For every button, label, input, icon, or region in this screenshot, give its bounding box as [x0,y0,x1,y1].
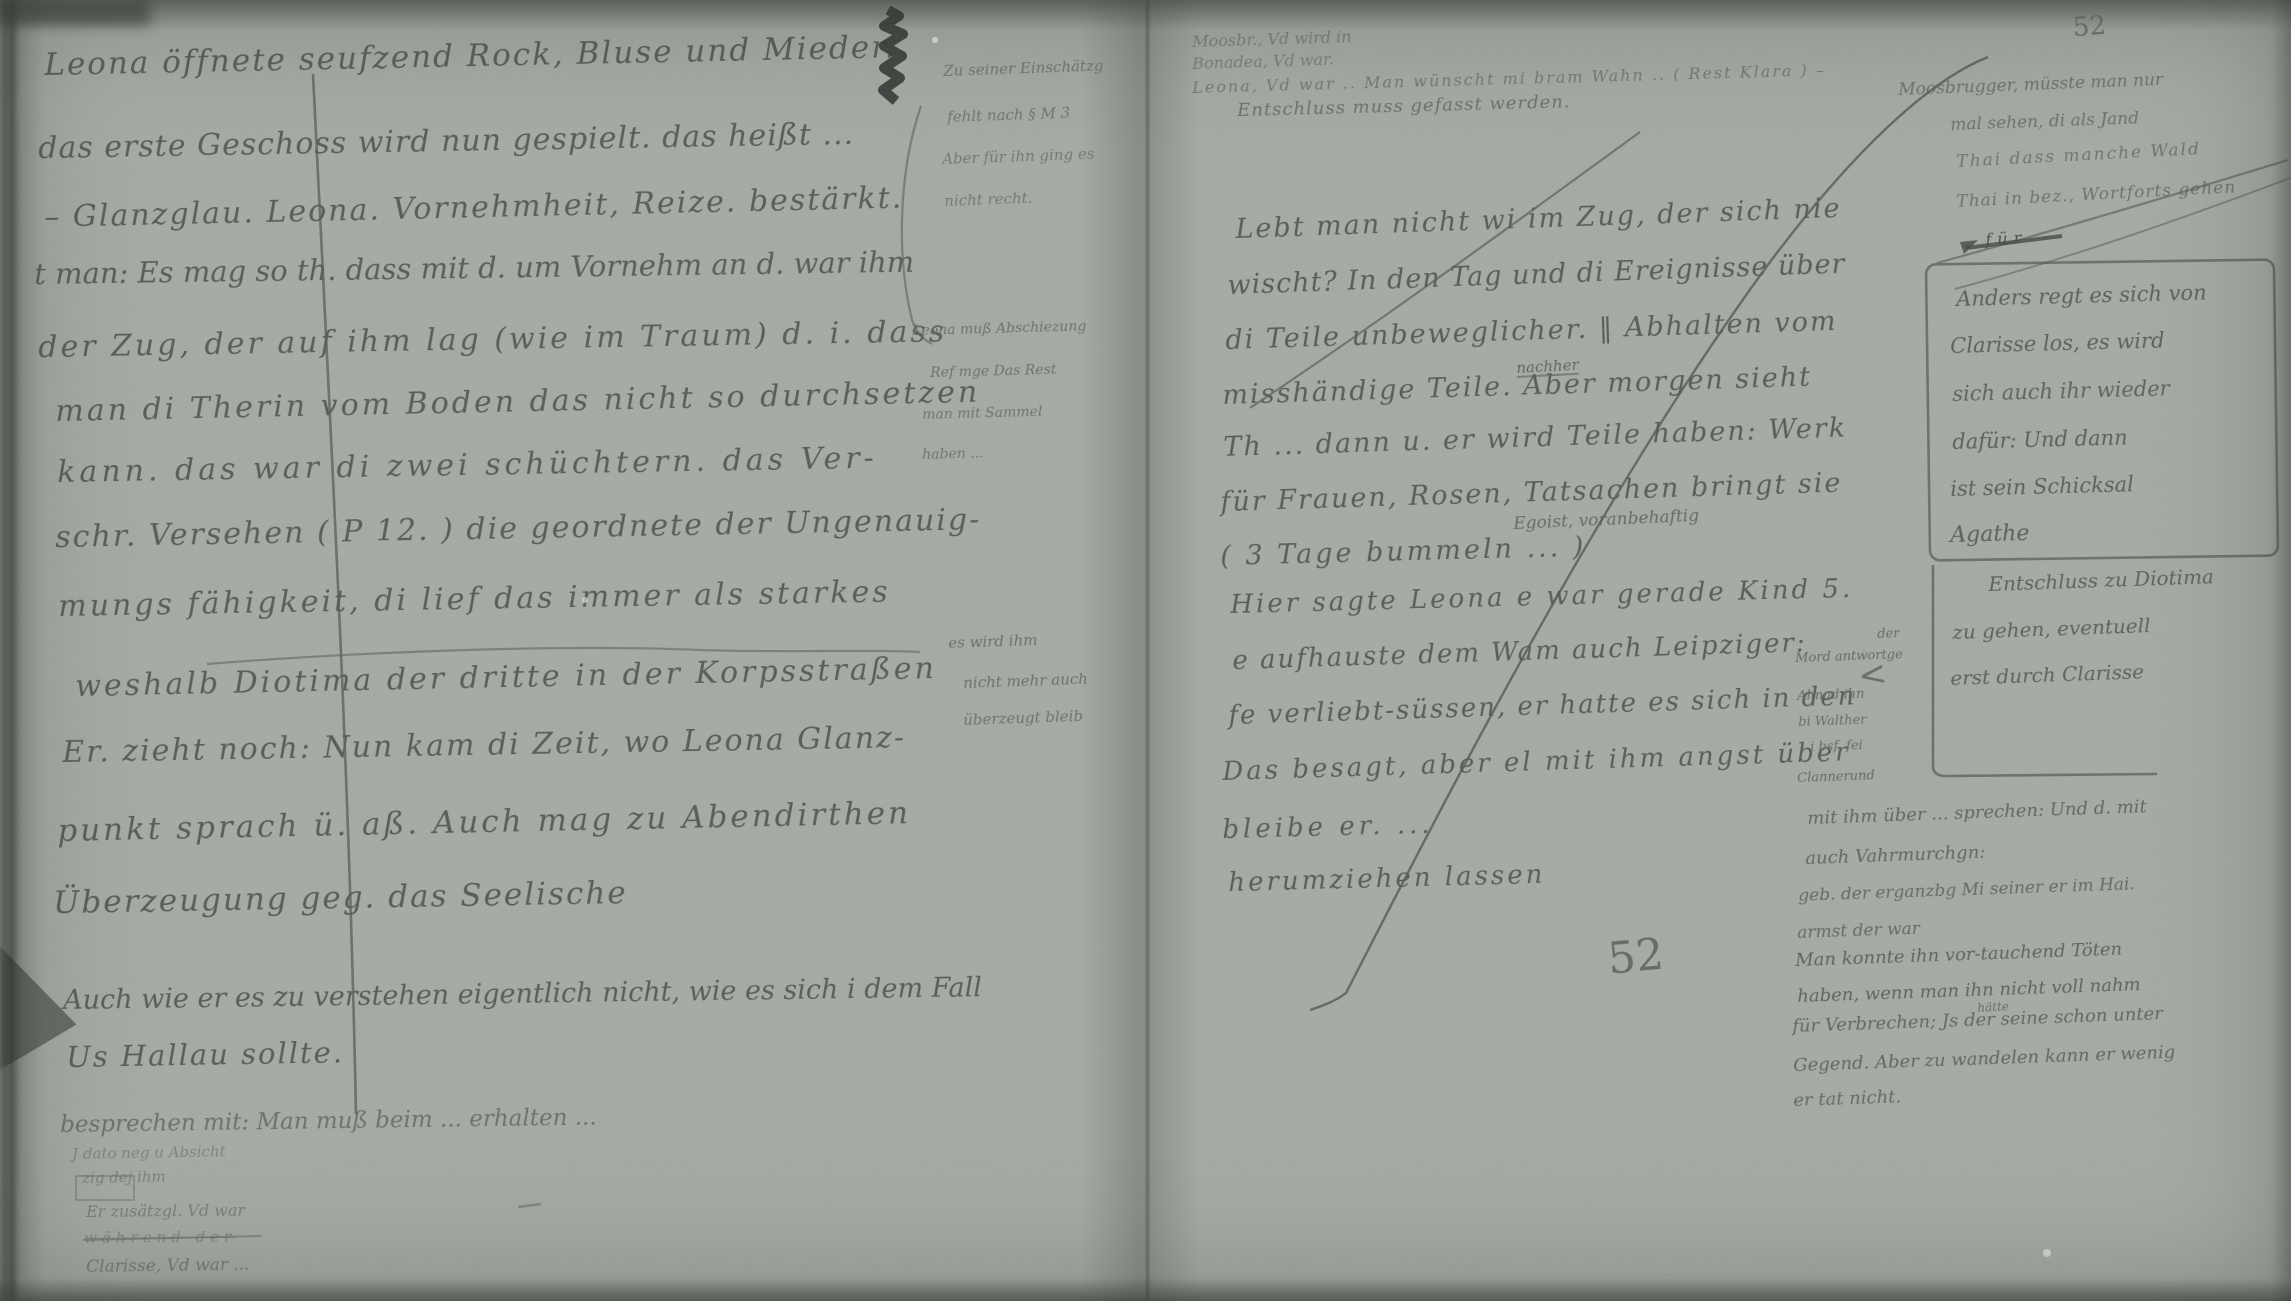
margin-note-line: nicht mehr auch [963,672,1088,691]
handwriting-line: mungs fähigkeit, di lief das immer als s… [58,577,891,622]
header-line: Bonadea, Vd war. [1192,52,1334,72]
handwriting-line: Th ... dann u. er wird Teile haben: Werk [1223,414,1847,461]
corner-note-line: mal sehen, di als Jand [1950,110,2139,134]
stray-dash [518,1204,541,1207]
bottom-note-line: mit ihm über ... sprechen: Und d. mit [1807,798,2147,828]
margin-note-line: Aber für ihn ging es [942,147,1095,167]
small-column-line: der [1877,627,1900,641]
top-edge-shadow [0,0,2291,30]
handwriting-line: besprechen mit: Man muß beim ... erhalte… [60,1107,597,1137]
margin-note-line: fehlt nach § M 3 [947,106,1071,125]
handwriting-line: Leona öffnete seufzend Rock, Bluse und M… [44,32,897,81]
handwriting-line: t man: Es mag so th. dass mit d. um Vorn… [34,248,914,289]
handwriting-line: Lebt man nicht wi im Zug, der sich nie [1235,195,1842,243]
handwriting-line: für Frauen, Rosen, Tatsachen bringt sie [1220,469,1843,516]
handwriting-line: Hier sagte Leona e war gerade Kind 5. [1230,576,1853,618]
scribble-arrowhead [1960,240,1978,254]
header-line: Entschluss muss gefasst werden. [1237,93,1571,120]
margin-note-line: Leona muß Abschiezung [912,319,1086,338]
corner-note-scribble: für [1985,230,2028,248]
bracket-note-line: Entschluss zu Diotima [1988,566,2214,594]
insert-word: hätte [1977,1000,2009,1014]
handwriting-line-faint: J dato neg u Absicht [72,1144,226,1162]
handwriting-line: bleibe er. ... [1222,811,1434,843]
handwriting-line: kann. das war di zwei schüchtern. das Ve… [57,444,878,488]
handwriting-line: ( 3 Tage bummeln ... ) [1220,533,1587,570]
left-edge-soft-shadow [10,0,44,1301]
margin-note-line: Zu seiner Einschätzg [943,58,1104,79]
center-fold-line [1146,0,1149,1301]
bottom-note-line: haben, wenn man ihn nicht voll nahm [1797,976,2141,1006]
handwriting-line: di Teile unbeweglicher. ‖ Abhalten vom [1225,308,1838,354]
center-fold-gutter [1080,0,1200,1301]
margin-bracket-curve [902,106,932,344]
small-column-line: bi Walther [1798,714,1867,729]
boxed-note-line: Clarisse los, es wird [1950,330,2165,357]
page-number-center: 52 [1606,933,1666,982]
bottom-note-line: auch Vahrmurchgn: [1805,844,1986,868]
corner-note-line: Moosbrugger, müsste man nur [1898,72,2163,99]
handwriting-line: wischt? In den Tag und di Ereignisse übe… [1227,250,1846,299]
boxed-note-line: Agathe [1950,523,2030,547]
handwriting-line: fe verliebt-süssen, er hatte es sich in … [1228,683,1857,729]
insertion-angle-mark: < [1856,656,1889,694]
manuscript-scan: Leona öffnete seufzend Rock, Bluse und M… [0,0,2291,1301]
handwriting-line: Auch wie er es zu verstehen eigentlich n… [63,974,982,1014]
margin-note-line: Ref mge Das Rest [930,363,1057,380]
bottom-note-line: er tat nicht. [1793,1088,1901,1110]
boxed-note-line: dafür: Und dann [1952,427,2128,453]
top-left-corner-shadow [0,0,150,26]
margin-note-line: man mit Sammel [922,405,1042,422]
margin-note-line: es wird ihm [948,633,1038,651]
insert-word: nachher [1516,358,1579,378]
handwriting-line-faint: Er zusätzgl. Vd war [86,1203,245,1220]
handwriting-line: der Zug, der auf ihm lag (wie im Traum) … [38,317,947,363]
handwriting-line-faint: Clarisse, Vd war ... [86,1257,250,1276]
paper-speck [932,37,938,43]
handwriting-line-struck: während der [84,1230,236,1246]
insert-phrase: Egoist, voranbehaftig [1513,508,1699,533]
margin-note-line: haben ... [922,446,984,462]
bottom-edge-shadow [0,1278,2291,1301]
handwriting-line: herumziehen lassen [1228,862,1546,896]
corner-note-line-struck: Thai in bez., Wortforts gehen [1956,179,2237,211]
small-column-line: Clannerund [1797,769,1875,785]
handwriting-line: das erste Geschoss wird nun gespielt. da… [38,120,854,164]
bottom-note-line: Man konnte ihn vor-tauchend Töten [1795,941,2122,970]
left-edge-shadow [0,0,16,1301]
right-edge-shadow [2271,0,2291,1301]
small-column-line: Ahnad ihn [1797,688,1865,703]
paper-speck [2043,1249,2051,1257]
margin-note-line: überzeugt bleib [963,709,1083,728]
boxed-note-line: Anders regt es sich von [1956,282,2207,310]
handwriting-line: Us Hallau sollte. [66,1038,344,1072]
bracket-note-line: zu gehen, eventuell [1952,615,2151,642]
handwriting-line: weshalb Diotima der dritte in der Korpss… [75,654,937,702]
handwriting-line-faint: zig dej ihm [82,1170,166,1186]
handwriting-line: Er. zieht noch: Nun kam di Zeit, wo Leon… [62,723,906,768]
corner-note-line-struck: Thai dass manche Wald [1956,141,2201,171]
bracket-note-line: erst durch Clarisse [1950,661,2144,688]
bottom-note-line: armst der war [1797,921,1920,942]
handwriting-line: man di Therin vom Boden das nicht so dur… [55,378,980,427]
boxed-note-line: ist sein Schicksal [1950,474,2134,500]
handwriting-line: Das besagt, aber el mit ihm angst über [1222,739,1851,785]
handwriting-line: e aufhauste dem Wam auch Leipziger: [1232,630,1807,674]
margin-note-line: nicht recht. [944,191,1033,209]
handwriting-line: Überzeugung geg. das Seelische [53,878,628,919]
header-line: Moosbr., Vd wird in [1192,29,1352,50]
page-number-corner: 52 [2072,13,2107,41]
handwriting-line: – Glanzglau. Leona. Vornehmheit, Reize. … [44,184,904,233]
small-column-line: Mord antwortge [1795,648,1903,665]
boxed-note-line: sich auch ihr wieder [1952,378,2170,405]
bottom-note-line: geb. der erganzbg Mi seiner er im Hai. [1798,876,2135,905]
bottom-note-line: Gegend. Aber zu wandelen kann er wenig [1793,1044,2176,1075]
small-column-line: i bsf. fei [1810,739,1863,754]
handwriting-line: punkt sprach ü. aß. Auch mag zu Abendirt… [57,798,911,847]
handwriting-line: schr. Versehen ( P 12. ) die geordnete d… [55,505,982,553]
